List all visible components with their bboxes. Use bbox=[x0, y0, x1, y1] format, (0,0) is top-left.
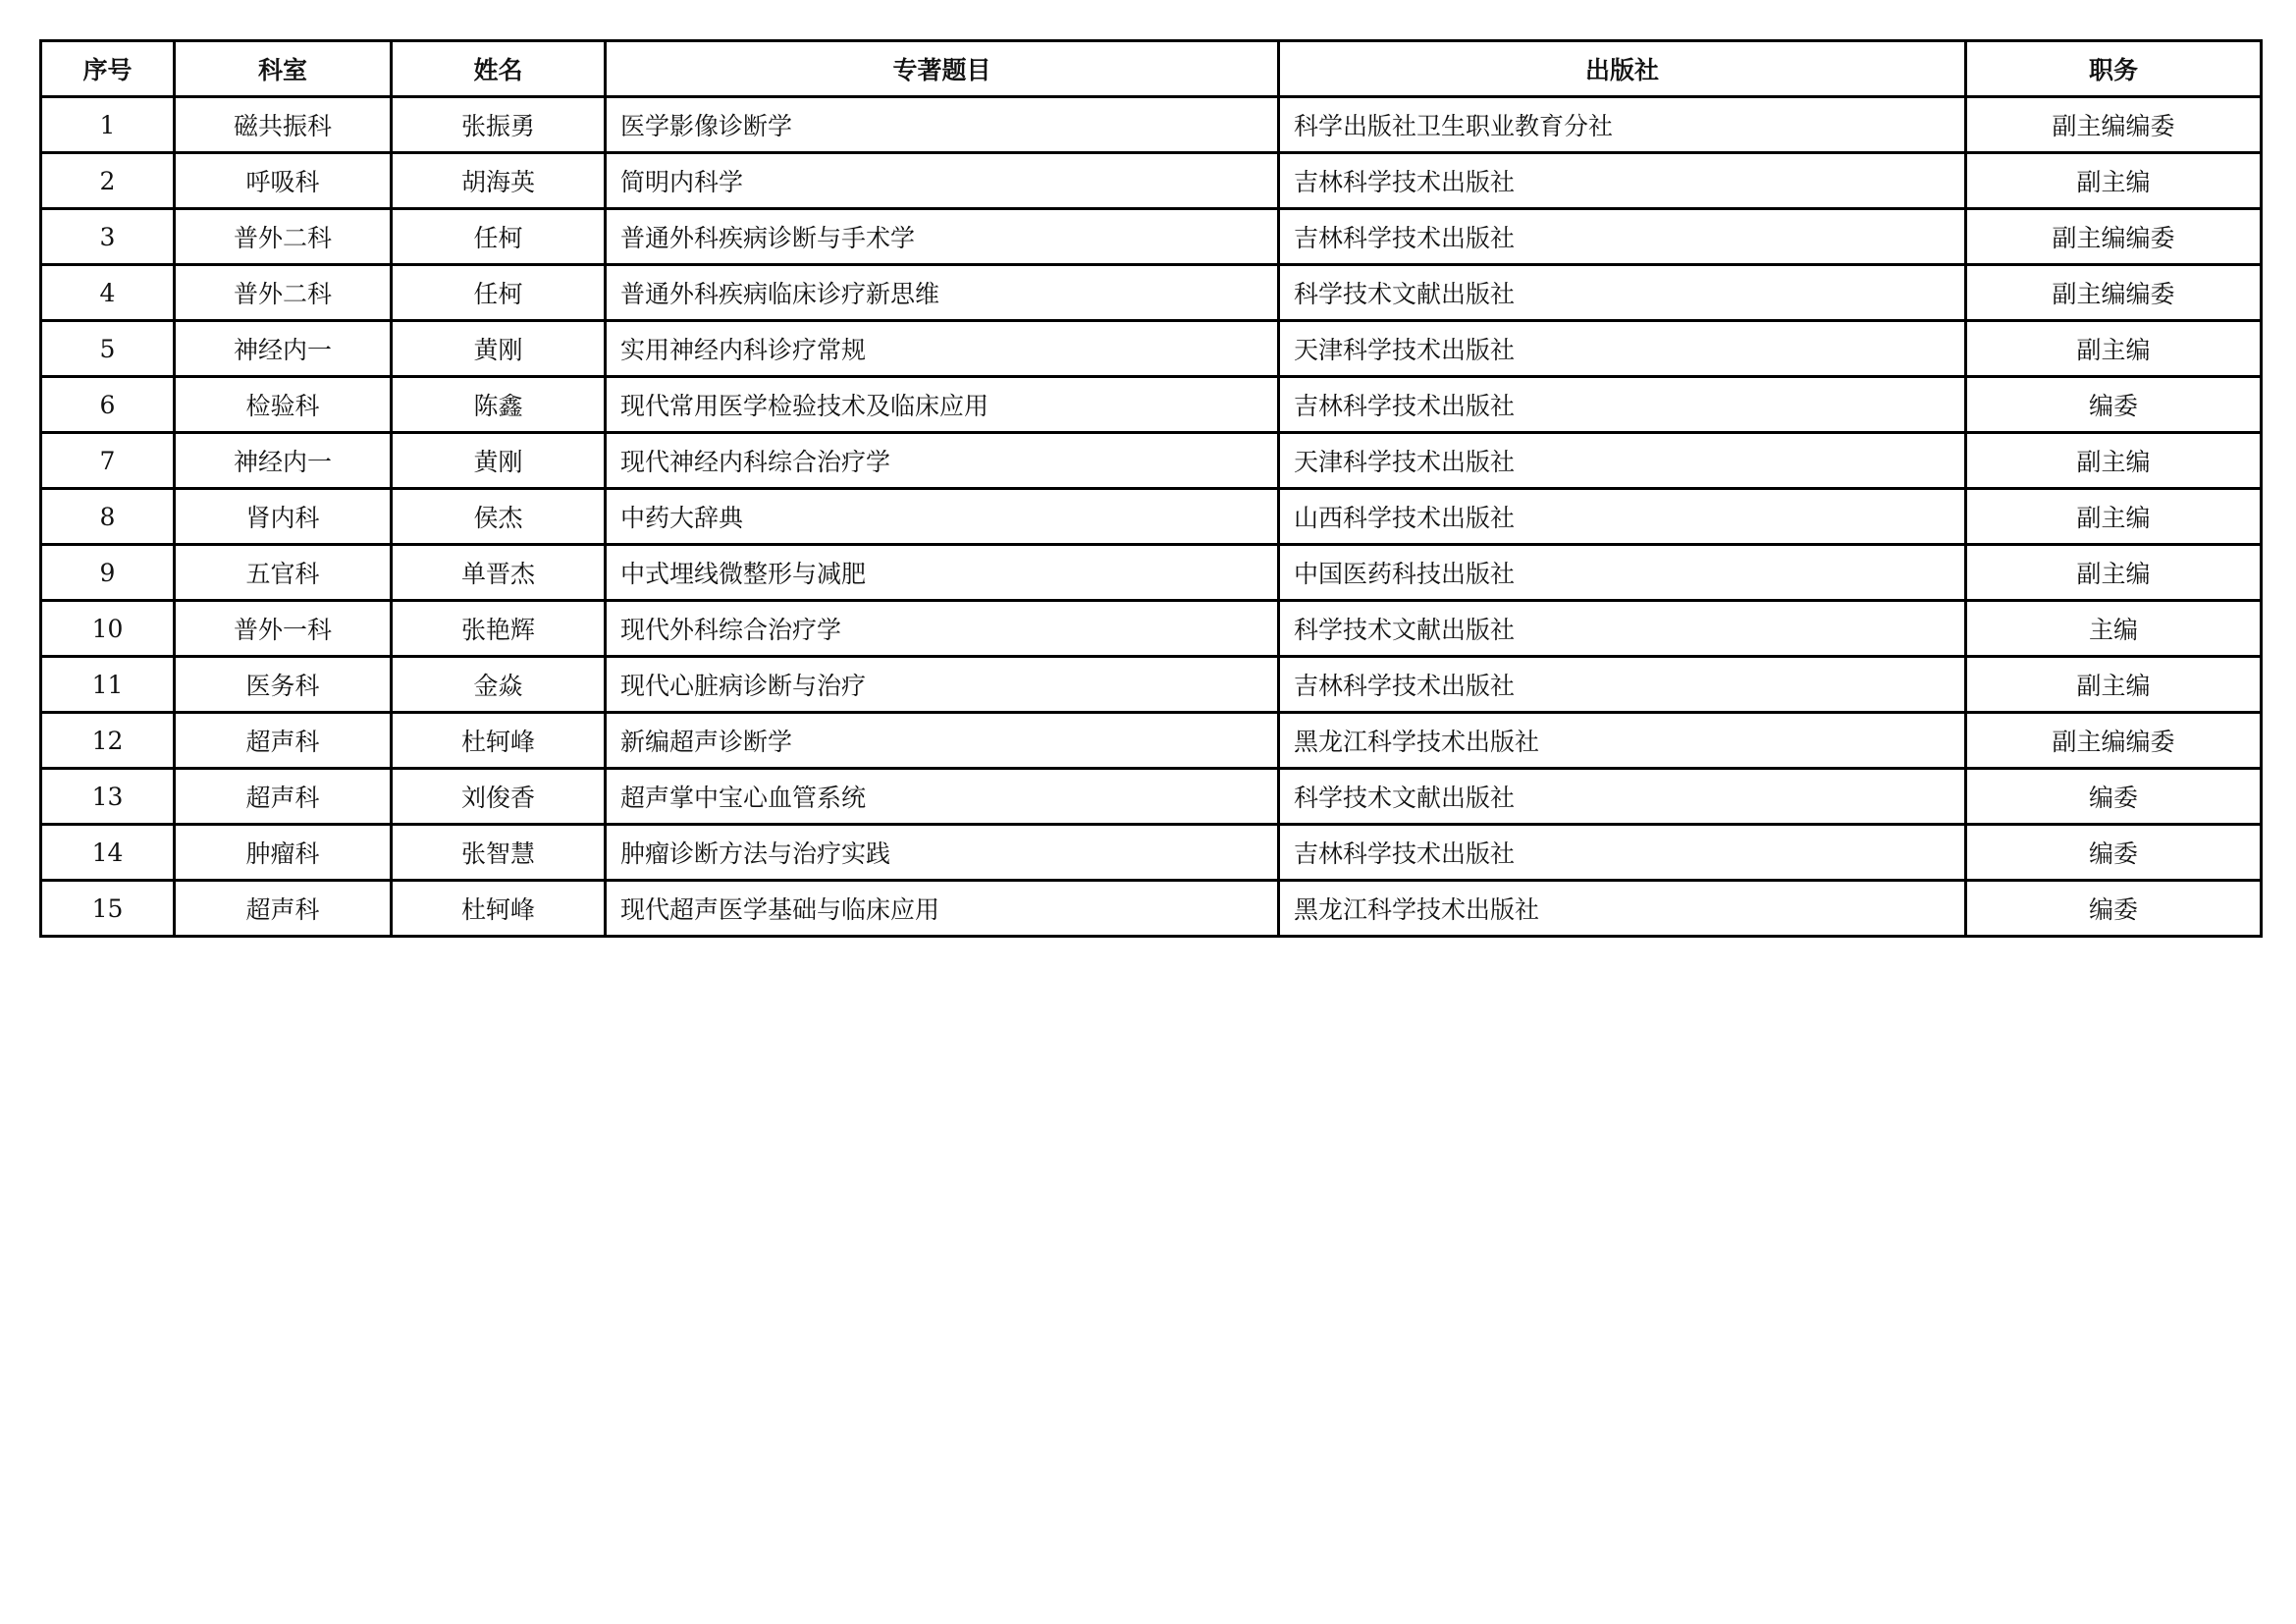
cell-index: 14 bbox=[41, 825, 175, 881]
cell-publisher: 黑龙江科学技术出版社 bbox=[1279, 713, 1966, 769]
cell-publisher: 山西科学技术出版社 bbox=[1279, 489, 1966, 545]
cell-publisher: 吉林科学技术出版社 bbox=[1279, 153, 1966, 209]
cell-publisher: 吉林科学技术出版社 bbox=[1279, 825, 1966, 881]
cell-name: 张智慧 bbox=[392, 825, 606, 881]
header-name: 姓名 bbox=[392, 41, 606, 97]
cell-name: 胡海英 bbox=[392, 153, 606, 209]
header-title: 专著题目 bbox=[606, 41, 1279, 97]
cell-role: 副主编编委 bbox=[1966, 97, 2262, 153]
cell-name: 黄刚 bbox=[392, 433, 606, 489]
cell-department: 磁共振科 bbox=[175, 97, 392, 153]
cell-department: 神经内一 bbox=[175, 321, 392, 377]
cell-title: 现代超声医学基础与临床应用 bbox=[606, 881, 1279, 937]
cell-name: 刘俊香 bbox=[392, 769, 606, 825]
cell-role: 副主编 bbox=[1966, 657, 2262, 713]
cell-role: 编委 bbox=[1966, 881, 2262, 937]
cell-index: 2 bbox=[41, 153, 175, 209]
table-row: 5神经内一黄刚实用神经内科诊疗常规天津科学技术出版社副主编 bbox=[41, 321, 2262, 377]
cell-department: 呼吸科 bbox=[175, 153, 392, 209]
cell-index: 11 bbox=[41, 657, 175, 713]
cell-index: 13 bbox=[41, 769, 175, 825]
cell-title: 现代外科综合治疗学 bbox=[606, 601, 1279, 657]
cell-department: 超声科 bbox=[175, 881, 392, 937]
publications-table: 序号 科室 姓名 专著题目 出版社 职务 1磁共振科张振勇医学影像诊断学科学出版… bbox=[39, 39, 2263, 938]
cell-name: 侯杰 bbox=[392, 489, 606, 545]
cell-index: 8 bbox=[41, 489, 175, 545]
cell-name: 陈鑫 bbox=[392, 377, 606, 433]
cell-department: 检验科 bbox=[175, 377, 392, 433]
cell-role: 主编 bbox=[1966, 601, 2262, 657]
header-publisher: 出版社 bbox=[1279, 41, 1966, 97]
cell-role: 副主编 bbox=[1966, 321, 2262, 377]
cell-department: 神经内一 bbox=[175, 433, 392, 489]
cell-publisher: 科学技术文献出版社 bbox=[1279, 265, 1966, 321]
cell-department: 普外一科 bbox=[175, 601, 392, 657]
cell-role: 副主编编委 bbox=[1966, 265, 2262, 321]
cell-title: 现代心脏病诊断与治疗 bbox=[606, 657, 1279, 713]
cell-title: 新编超声诊断学 bbox=[606, 713, 1279, 769]
table-row: 4普外二科任柯普通外科疾病临床诊疗新思维科学技术文献出版社副主编编委 bbox=[41, 265, 2262, 321]
cell-name: 黄刚 bbox=[392, 321, 606, 377]
cell-name: 单晋杰 bbox=[392, 545, 606, 601]
cell-title: 简明内科学 bbox=[606, 153, 1279, 209]
cell-role: 副主编编委 bbox=[1966, 209, 2262, 265]
cell-index: 7 bbox=[41, 433, 175, 489]
cell-name: 张振勇 bbox=[392, 97, 606, 153]
cell-title: 肿瘤诊断方法与治疗实践 bbox=[606, 825, 1279, 881]
table-row: 9五官科单晋杰中式埋线微整形与减肥中国医药科技出版社副主编 bbox=[41, 545, 2262, 601]
cell-publisher: 中国医药科技出版社 bbox=[1279, 545, 1966, 601]
cell-role: 副主编 bbox=[1966, 153, 2262, 209]
cell-role: 副主编 bbox=[1966, 545, 2262, 601]
table-row: 8肾内科侯杰中药大辞典山西科学技术出版社副主编 bbox=[41, 489, 2262, 545]
cell-name: 任柯 bbox=[392, 209, 606, 265]
table-row: 7神经内一黄刚现代神经内科综合治疗学天津科学技术出版社副主编 bbox=[41, 433, 2262, 489]
cell-publisher: 天津科学技术出版社 bbox=[1279, 321, 1966, 377]
cell-department: 五官科 bbox=[175, 545, 392, 601]
cell-title: 实用神经内科诊疗常规 bbox=[606, 321, 1279, 377]
cell-department: 肾内科 bbox=[175, 489, 392, 545]
cell-role: 副主编编委 bbox=[1966, 713, 2262, 769]
cell-index: 5 bbox=[41, 321, 175, 377]
cell-publisher: 科学技术文献出版社 bbox=[1279, 769, 1966, 825]
table-row: 3普外二科任柯普通外科疾病诊断与手术学吉林科学技术出版社副主编编委 bbox=[41, 209, 2262, 265]
table-row: 11医务科金焱现代心脏病诊断与治疗吉林科学技术出版社副主编 bbox=[41, 657, 2262, 713]
table-row: 12超声科杜轲峰新编超声诊断学黑龙江科学技术出版社副主编编委 bbox=[41, 713, 2262, 769]
cell-publisher: 吉林科学技术出版社 bbox=[1279, 657, 1966, 713]
cell-publisher: 黑龙江科学技术出版社 bbox=[1279, 881, 1966, 937]
cell-department: 肿瘤科 bbox=[175, 825, 392, 881]
cell-role: 编委 bbox=[1966, 769, 2262, 825]
cell-publisher: 天津科学技术出版社 bbox=[1279, 433, 1966, 489]
cell-department: 普外二科 bbox=[175, 209, 392, 265]
cell-role: 副主编 bbox=[1966, 433, 2262, 489]
cell-title: 现代常用医学检验技术及临床应用 bbox=[606, 377, 1279, 433]
cell-index: 3 bbox=[41, 209, 175, 265]
cell-index: 6 bbox=[41, 377, 175, 433]
cell-name: 任柯 bbox=[392, 265, 606, 321]
cell-title: 中式埋线微整形与减肥 bbox=[606, 545, 1279, 601]
table-row: 10普外一科张艳辉现代外科综合治疗学科学技术文献出版社主编 bbox=[41, 601, 2262, 657]
cell-title: 现代神经内科综合治疗学 bbox=[606, 433, 1279, 489]
header-role: 职务 bbox=[1966, 41, 2262, 97]
cell-title: 中药大辞典 bbox=[606, 489, 1279, 545]
cell-department: 超声科 bbox=[175, 713, 392, 769]
cell-publisher: 科学技术文献出版社 bbox=[1279, 601, 1966, 657]
cell-index: 12 bbox=[41, 713, 175, 769]
cell-department: 超声科 bbox=[175, 769, 392, 825]
cell-name: 张艳辉 bbox=[392, 601, 606, 657]
cell-role: 编委 bbox=[1966, 825, 2262, 881]
header-index: 序号 bbox=[41, 41, 175, 97]
header-department: 科室 bbox=[175, 41, 392, 97]
cell-title: 医学影像诊断学 bbox=[606, 97, 1279, 153]
cell-index: 4 bbox=[41, 265, 175, 321]
cell-title: 普通外科疾病诊断与手术学 bbox=[606, 209, 1279, 265]
cell-title: 普通外科疾病临床诊疗新思维 bbox=[606, 265, 1279, 321]
cell-name: 金焱 bbox=[392, 657, 606, 713]
cell-publisher: 吉林科学技术出版社 bbox=[1279, 377, 1966, 433]
cell-role: 副主编 bbox=[1966, 489, 2262, 545]
table-row: 2呼吸科胡海英简明内科学吉林科学技术出版社副主编 bbox=[41, 153, 2262, 209]
cell-index: 15 bbox=[41, 881, 175, 937]
table-header-row: 序号 科室 姓名 专著题目 出版社 职务 bbox=[41, 41, 2262, 97]
table-row: 13超声科刘俊香超声掌中宝心血管系统科学技术文献出版社编委 bbox=[41, 769, 2262, 825]
cell-name: 杜轲峰 bbox=[392, 713, 606, 769]
cell-department: 医务科 bbox=[175, 657, 392, 713]
table-row: 1磁共振科张振勇医学影像诊断学科学出版社卫生职业教育分社副主编编委 bbox=[41, 97, 2262, 153]
cell-index: 10 bbox=[41, 601, 175, 657]
table-row: 6检验科陈鑫现代常用医学检验技术及临床应用吉林科学技术出版社编委 bbox=[41, 377, 2262, 433]
cell-index: 9 bbox=[41, 545, 175, 601]
cell-index: 1 bbox=[41, 97, 175, 153]
cell-name: 杜轲峰 bbox=[392, 881, 606, 937]
table-row: 14肿瘤科张智慧肿瘤诊断方法与治疗实践吉林科学技术出版社编委 bbox=[41, 825, 2262, 881]
cell-publisher: 吉林科学技术出版社 bbox=[1279, 209, 1966, 265]
cell-department: 普外二科 bbox=[175, 265, 392, 321]
cell-publisher: 科学出版社卫生职业教育分社 bbox=[1279, 97, 1966, 153]
cell-title: 超声掌中宝心血管系统 bbox=[606, 769, 1279, 825]
cell-role: 编委 bbox=[1966, 377, 2262, 433]
table-row: 15超声科杜轲峰现代超声医学基础与临床应用黑龙江科学技术出版社编委 bbox=[41, 881, 2262, 937]
